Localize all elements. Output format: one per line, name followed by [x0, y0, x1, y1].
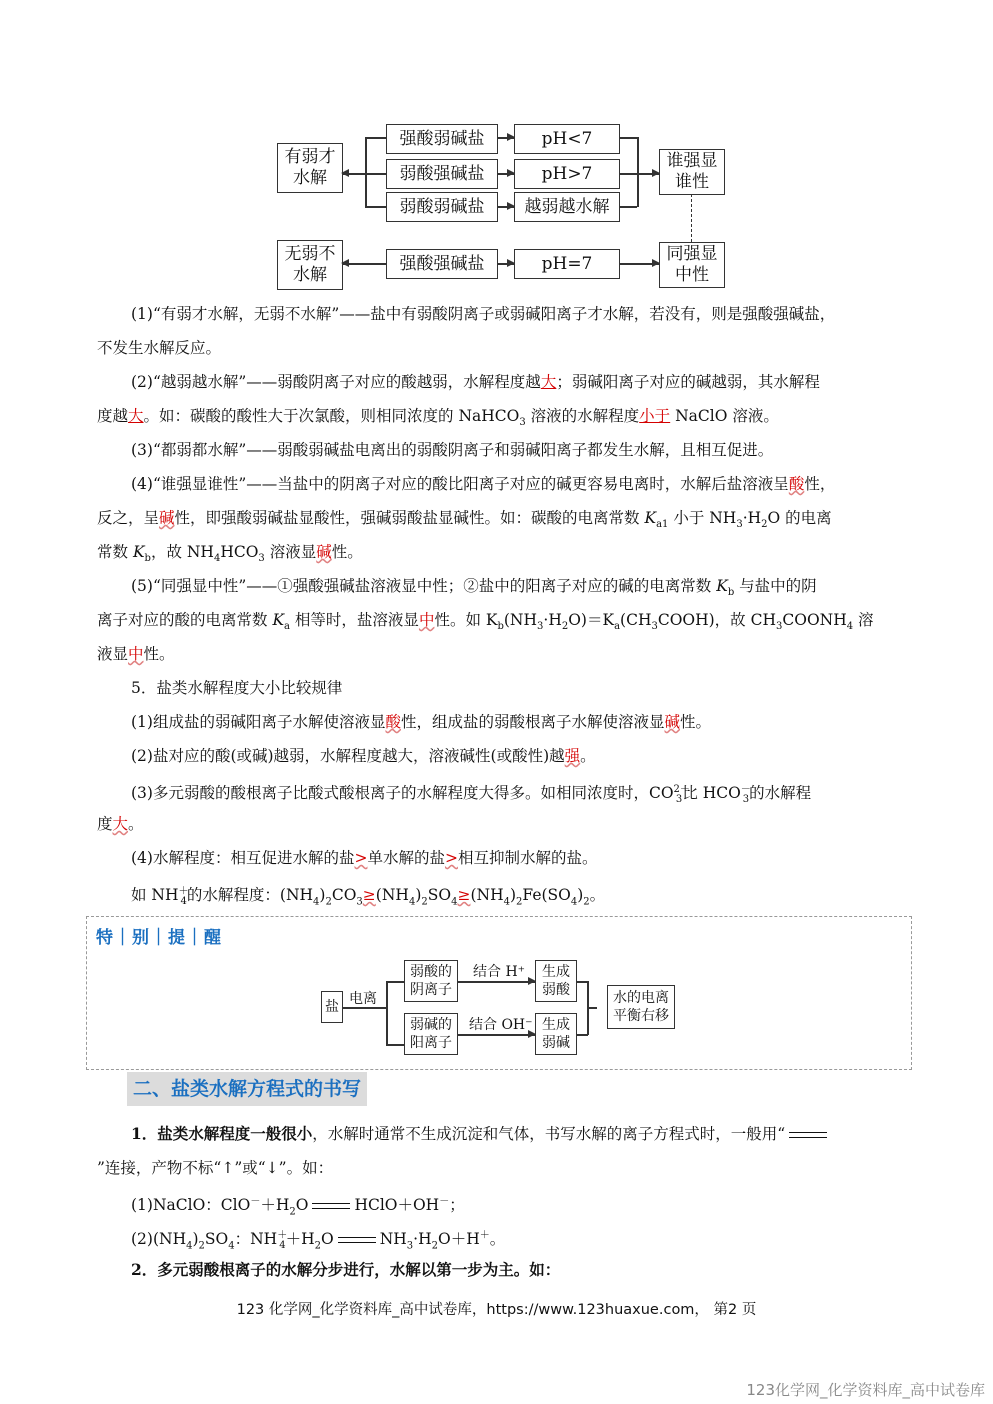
box-strong-acid-weak-base: 强酸弱碱盐	[386, 124, 498, 154]
answer-text: 碱	[316, 543, 332, 561]
section-2-p1-line-1: 1．盐类水解程度一般很小，水解时通常不生成沉淀和气体，书写水解的离子方程式时，一…	[97, 1117, 912, 1151]
connector	[386, 981, 404, 983]
answer-text: 强	[565, 747, 581, 765]
section-5-p3-line-2: 度大。	[97, 807, 912, 841]
box-weak-acid-anion: 弱酸的 阴离子	[404, 960, 458, 1002]
label-combine-oh: 结合 OH⁻	[469, 1014, 533, 1034]
rule-4-line-1: (4)“谁强显谁性”——当盐中的阴离子对应的酸比阳离子对应的碱更容易电离时，水解…	[97, 467, 912, 501]
arrow-right-icon	[457, 981, 535, 983]
section-2-p1-line-2: ”连接，产物不标“↑”或“↓”。如：	[97, 1151, 912, 1185]
box-stronger-determines: 谁强显 谁性	[659, 149, 725, 195]
box-salt: 盐	[321, 991, 343, 1023]
answer-text: 大	[541, 373, 557, 391]
arrow-right-icon	[497, 173, 514, 175]
box-gen-weak-acid: 生成 弱酸	[535, 960, 577, 1002]
connector	[365, 206, 386, 208]
rule-3: (3)“都弱都水解”——弱酸弱碱盐电离出的弱酸阴离子和弱碱阳离子都发生水解，且相…	[97, 433, 912, 467]
section-2-heading: 二、盐类水解方程式的书写	[127, 1072, 367, 1106]
connector	[365, 137, 367, 207]
arrow-right-icon	[619, 173, 659, 175]
connector	[637, 137, 639, 207]
box-no-weak-no-hydrolysis: 无弱不 水解	[277, 240, 343, 290]
equilibrium-arrow-icon	[789, 1130, 827, 1140]
section-2-p2: 2．多元弱酸根离子的水解分步进行，水解以第一步为主。如：	[97, 1253, 912, 1287]
answer-text: 碱	[159, 509, 175, 527]
answer-text: 酸	[789, 475, 805, 493]
rule-1-line-2: 不发生水解反应。	[97, 331, 912, 365]
connector	[619, 137, 637, 139]
equilibrium-arrow-icon	[338, 1235, 376, 1245]
section-5-p1: (1)组成盐的弱碱阳离子水解使溶液显酸性，组成盐的弱酸根离子水解使溶液显碱性。	[97, 705, 912, 739]
answer-text: >	[354, 849, 367, 867]
connector	[365, 137, 386, 139]
answer-text: 大	[113, 815, 129, 833]
dashed-connector	[691, 194, 692, 242]
label-ionize: 电离	[349, 988, 377, 1008]
answer-text: 大	[128, 407, 144, 425]
section-5-p2: (2)盐对应的酸(或碱)越弱，水解程度越大，溶液碱性(或酸性)越强。	[97, 739, 912, 773]
arrow-right-icon	[457, 1034, 535, 1036]
box-weak-acid-strong-base: 弱酸强碱盐	[386, 159, 498, 189]
box-gen-weak-base: 生成 弱碱	[535, 1013, 577, 1055]
answer-text: ≥	[457, 886, 470, 904]
connector	[386, 981, 388, 1045]
box-ph-eq-7: pH=7	[514, 249, 620, 279]
box-both-strong-neutral: 同强显 中性	[659, 242, 725, 288]
connector	[619, 206, 637, 208]
connector	[587, 1007, 597, 1009]
box-weaker-more-hydrolysis: 越弱越水解	[514, 192, 620, 222]
box-ph-lt-7: pH<7	[514, 124, 620, 154]
special-tip-box: 特｜别｜提｜醒 盐 电离 弱酸的 阴离子 弱碱的 阳离子 结合 H⁺ 结合 OH…	[86, 916, 912, 1070]
answer-text: 碱	[665, 713, 681, 731]
section-5-p5: 如 NH＋4的水解程度：(NH4)2CO3≥(NH4)2SO4≥(NH4)2Fe…	[97, 875, 912, 919]
box-weak-acid-weak-base: 弱酸弱碱盐	[386, 192, 498, 222]
arrow-right-icon	[619, 263, 659, 265]
arrow-right-icon	[497, 206, 514, 208]
answer-text: ≥	[363, 886, 376, 904]
box-ph-gt-7: pH>7	[514, 159, 620, 189]
rule-2-line-1: (2)“越弱越水解”——弱酸阴离子对应的酸越弱，水解程度越大；弱碱阳离子对应的碱…	[97, 365, 912, 399]
box-strong-acid-strong-base: 强酸强碱盐	[386, 249, 498, 279]
box-weak-base-cation: 弱碱的 阳离子	[404, 1013, 458, 1055]
answer-text: 中	[419, 611, 435, 629]
tip-title: 特｜别｜提｜醒	[96, 923, 222, 948]
label-combine-h: 结合 H⁺	[473, 961, 525, 981]
box-weak-hydrolyzes: 有弱才 水解	[277, 143, 343, 193]
section-5-title: 5．盐类水解程度大小比较规律	[97, 671, 912, 705]
rule-5-line-3: 液显中性。	[97, 637, 912, 671]
arrow-right-icon	[497, 263, 514, 265]
arrow-left-icon	[342, 173, 386, 175]
arrow-left-icon	[342, 263, 386, 265]
section-5-p4: (4)水解程度：相互促进水解的盐>单水解的盐>相互抑制水解的盐。	[97, 841, 912, 875]
box-water-ionization-shift: 水的电离 平衡右移	[607, 985, 675, 1029]
watermark: 123化学网_化学资料库_高中试卷库	[746, 1379, 985, 1400]
arrow-right-icon	[497, 137, 514, 139]
page-footer: 123 化学网_化学资料库_高中试卷库，https://www.123huaxu…	[0, 1298, 993, 1319]
connector	[343, 1007, 387, 1009]
answer-text: 中	[128, 645, 144, 663]
answer-text: 酸	[385, 713, 401, 731]
rule-1-line-1: (1)“有弱才水解，无弱不水解”——盐中有弱酸阴离子或弱碱阳离子才水解，若没有，…	[97, 297, 912, 331]
answer-text: 小于	[639, 407, 670, 425]
connector	[386, 1044, 404, 1046]
answer-text: >	[445, 849, 458, 867]
equilibrium-arrow-icon	[312, 1201, 350, 1211]
